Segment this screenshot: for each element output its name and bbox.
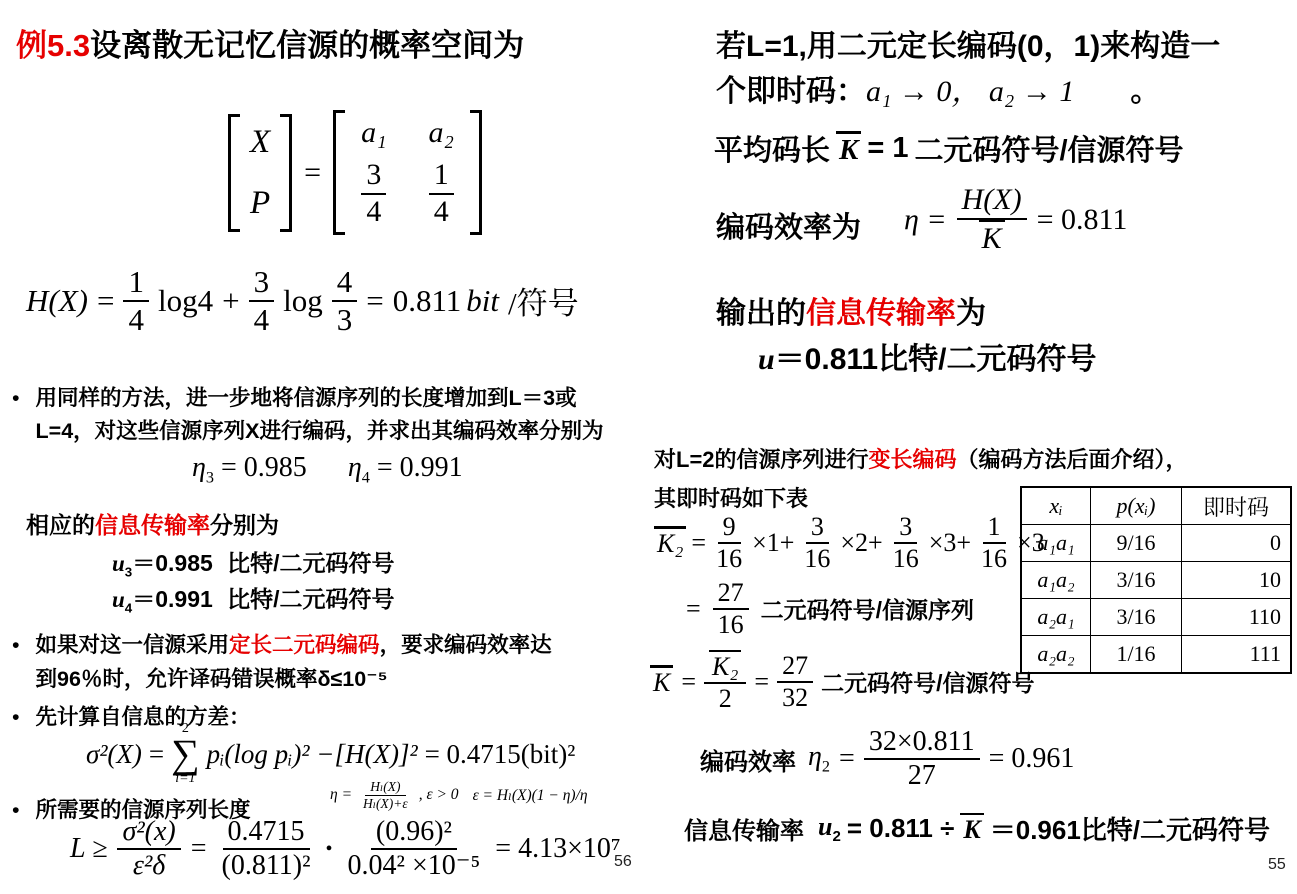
denominator: 16 (711, 544, 747, 574)
sum-lower: i=1 (175, 772, 195, 786)
symbol-a2: a₂ (429, 116, 454, 150)
equals-sign: = (686, 594, 701, 624)
u3-var: u (112, 551, 125, 576)
cell-probability: 1/16 (1091, 636, 1182, 674)
sigma-lhs: σ²(X) (86, 739, 142, 770)
eta2-line: 编码效率 η2 = 32×0.81127 = 0.961 (700, 726, 1074, 792)
bullet-fixed-length: • 如果对这一信源采用定长二元码编码，要求编码效率达 到96％时，允许译码错误概… (12, 628, 642, 697)
symbol-a1: a₁ (361, 116, 386, 150)
sigma-result: = 0.4715(bit)² (425, 739, 576, 770)
times-3: ×3+ (929, 528, 971, 558)
efficiency-formula: η = H(X) K = 0.811 (904, 183, 1127, 256)
numerator: σ²(x) (117, 816, 180, 850)
frac-4-3: 43 (332, 264, 358, 337)
matrix-rhs: a₁ a₂ 34 14 (333, 110, 482, 235)
eta-values-line: η3 = 0.985 η4 = 0.991 (192, 452, 463, 488)
rate-term-red: 信息传输率 (806, 297, 956, 330)
u-var: u (758, 343, 775, 376)
line-2: 其即时码如下表 (654, 486, 808, 511)
denominator: 2 (714, 684, 737, 714)
numerator: K₂ (704, 650, 746, 684)
k-symbol: K (836, 131, 861, 165)
plus-sign: + (222, 283, 239, 319)
denominator: ε²δ (128, 850, 170, 882)
unit-symbol: /符号 (508, 278, 579, 323)
slide-left: 例5.3设离散无记忆信源的概率空间为 X P = a₁ a₂ 34 14 H(X… (0, 0, 648, 894)
eta: η (808, 741, 822, 772)
u-value-line: u＝0.811比特/二元码符号 (758, 334, 1096, 378)
log: log (283, 283, 323, 319)
line-2-label: 个即时码： (716, 75, 866, 108)
equals-sign: = (97, 283, 114, 319)
sigma-body: pᵢ(log pᵢ)² −[H(X)]² (207, 739, 418, 770)
summation: 2 ∑ i=1 (171, 722, 200, 786)
line-2: 到96％时，允许译码错误概率δ≤10⁻⁵ (36, 667, 388, 691)
text-post: （编码方法后面介绍）， (957, 447, 1188, 472)
frac-3-16b: 316 (888, 512, 924, 574)
kbar-formula: K = K₂ 2 = 2732 二元码符号/信源符号 (650, 650, 1034, 714)
denominator: 16 (799, 544, 835, 574)
efficiency-value: = 0.811 (1037, 203, 1128, 237)
unit: 二元码符号/信源符号 (914, 128, 1183, 169)
denominator: 3 (332, 302, 358, 338)
times-3b: ×3 (1017, 528, 1045, 558)
denominator: 4 (429, 195, 454, 230)
bullet-same-method: • 用同样的方法，进一步地将信源序列的长度增加到L＝3或L=4，对这些信源序列X… (12, 382, 640, 449)
numerator: (0.96)² (371, 816, 457, 850)
frac-32x0811-27: 32×0.81127 (864, 726, 980, 792)
u-unit: 比特/二元码符号 (878, 343, 1096, 376)
cell-code: 10 (1182, 562, 1292, 599)
variance-formula: σ²(X) = 2 ∑ i=1 pᵢ(log pᵢ)² −[H(X)]² = 0… (86, 722, 575, 786)
eta3-subscript: 3 (206, 469, 214, 487)
k2-bar: K₂ (654, 526, 686, 559)
numerator: 1 (123, 264, 149, 302)
slide-right: 若L=1,用二元定长编码(0，1)来构造一 个即时码：a₁ → 0， a₂ → … (648, 0, 1297, 894)
k2-symbol: K₂ (654, 526, 686, 557)
table-row: a₂a₁ 3/16 110 (1021, 599, 1291, 636)
k-symbol: K (650, 665, 673, 696)
sequence-length-formula: L ≥ σ²(x)ε²δ = 0.4715(0.811)² • (0.96)²0… (70, 816, 621, 882)
rate2-formula: u2 = 0.811 ÷ K ＝0.961比特/二元码符号 (818, 810, 1270, 847)
numerator: 3 (361, 158, 386, 195)
table-row: a₁a₁ 9/16 0 (1021, 525, 1291, 562)
k2-formula: K₂ = 916 ×1+ 316 ×2+ 316 ×3+ 116 ×3 (654, 512, 1045, 574)
k2-over-2: K₂ 2 (704, 650, 746, 714)
sum-symbol: ∑ (171, 736, 200, 772)
prob-a1: 34 (361, 158, 386, 229)
u4-unit: 比特/二元码符号 (227, 586, 394, 612)
eta-equals: η = (904, 203, 947, 237)
k-bar: K (836, 131, 861, 167)
page-title: 例5.3设离散无记忆信源的概率空间为 (16, 20, 524, 65)
cell-code: 110 (1182, 599, 1292, 636)
var-p: P (250, 185, 270, 222)
equals-sign: = (691, 528, 706, 558)
cell-probability: 9/16 (1091, 525, 1182, 562)
numerator: 27 (713, 578, 749, 610)
rate2-label: 信息传输率 (684, 811, 804, 846)
bracket-left (228, 114, 240, 232)
denominator: 16 (976, 544, 1012, 574)
u2-middle: = 0.811 ÷ (847, 813, 955, 844)
table-header-row: xᵢ p(xᵢ) 即时码 (1021, 487, 1291, 525)
k2-result-line: = 2716 二元码符号/信源序列 (686, 578, 974, 640)
u2-result: ＝0.961比特/二元码符号 (990, 810, 1270, 847)
avg-code-length-line: 平均码长 K = 1 二元码符号/信源符号 (714, 128, 1184, 169)
l-lhs: L ≥ (70, 833, 107, 865)
equals-sign: = (366, 283, 383, 319)
u4-value: ＝0.991 (132, 586, 213, 612)
text-pre: 相应的 (26, 512, 95, 538)
page-number-right: 55 (1268, 856, 1286, 874)
table-row: a₂a₂ 1/16 111 (1021, 636, 1291, 674)
entropy-formula: H(X) = 14 log4 + 34 log 43 = 0.811 bit /… (26, 264, 579, 337)
denominator: K (974, 220, 1010, 257)
bullet-marker: • (12, 628, 20, 697)
frac-9-16: 916 (711, 512, 747, 574)
denominator: 27 (903, 760, 941, 792)
prob-a2: 14 (429, 158, 454, 229)
page-number-left: 56 (614, 853, 632, 871)
hl-fraction: Hₗ(X) Hₗ(X)+ε (358, 779, 413, 811)
bullet-marker: • (12, 701, 20, 733)
denominator: (0.811)² (217, 850, 316, 882)
variable-length-term-red: 变长编码 (869, 447, 957, 472)
u3-line: u3＝0.985 比特/二元码符号 (112, 545, 395, 580)
text-post: 分别为 (210, 512, 279, 538)
label: 平均码长 (714, 128, 830, 169)
eta3-symbol: η (192, 452, 206, 483)
probability-matrix: X P = a₁ a₂ 34 14 (228, 110, 482, 235)
frac-1-16: 116 (976, 512, 1012, 574)
hx-over-kbar: H(X) K (957, 183, 1027, 256)
denominator: 4 (361, 195, 386, 230)
eta4-symbol: η (348, 452, 362, 483)
numerator: 32×0.811 (864, 726, 980, 760)
l-result: = 4.13×10⁷ (495, 833, 620, 865)
eta2-formula: η2 = 32×0.81127 = 0.961 (808, 726, 1074, 792)
frac-27-32: 2732 (777, 651, 813, 713)
k2-symbol: K₂ (709, 650, 741, 680)
numerator: 4 (332, 264, 358, 302)
eta4-value: = 0.991 (377, 452, 463, 483)
subscript-2: 2 (832, 829, 840, 846)
epsilon-inline-formula: η = Hₗ(X) Hₗ(X)+ε , ε > 0 ε = Hₗ(X)(1 − … (330, 779, 588, 811)
frac-04715: 0.4715(0.811)² (217, 816, 316, 882)
equals-sign: = (191, 833, 207, 865)
frac-1-4: 14 (123, 264, 149, 337)
entropy-value: 0.811 (393, 283, 462, 319)
frac-sigma-eps: σ²(x)ε²δ (117, 816, 180, 882)
eta2-label: 编码效率 (700, 742, 796, 777)
instant-code-table: xᵢ p(xᵢ) 即时码 a₁a₁ 9/16 0 a₁a₂ 3/16 10 a₂… (1020, 486, 1292, 674)
numerator: 1 (429, 158, 454, 195)
fixed-length-term-red: 定长二元码编码 (229, 633, 380, 657)
u3-value: ＝0.985 (132, 550, 213, 576)
paragraph-l1: 若L=1,用二元定长编码(0，1)来构造一 个即时码：a₁ → 0， a₂ → … (716, 24, 1291, 114)
bullet-marker: • (12, 794, 20, 826)
title-text: 设离散无记忆信源的概率空间为 (90, 28, 524, 63)
line-2: L=4，对这些信源序列X进行编码，并求出其编码效率分别为 (36, 419, 604, 443)
bracket-right (470, 110, 482, 235)
header-instant-code: 即时码 (1182, 487, 1292, 525)
u2-symbol: u2 (818, 811, 841, 845)
text-post: 为 (956, 297, 986, 330)
equals-sign: = (839, 743, 855, 775)
u3-unit: 比特/二元码符号 (227, 550, 394, 576)
example-number: 例5.3 (16, 28, 90, 63)
matrix-lhs: X P (228, 114, 292, 232)
bullet-marker: • (12, 382, 20, 449)
u-value: ＝0.811 (775, 343, 878, 376)
rate2-line: 信息传输率 u2 = 0.811 ÷ K ＝0.961比特/二元码符号 (684, 810, 1270, 847)
frac-27-16: 2716 (713, 578, 749, 640)
rate-intro-line: 相应的信息传输率分别为 (26, 507, 279, 540)
denominator: 4 (123, 302, 149, 338)
cell-probability: 3/16 (1091, 562, 1182, 599)
numerator: H(X) (957, 183, 1027, 220)
var-x: X (250, 124, 270, 161)
text-post: ，要求编码效率达 (380, 633, 552, 657)
denominator: Hₗ(X)+ε (358, 796, 413, 812)
cell-code: 111 (1182, 636, 1292, 674)
frac-096: (0.96)²0.04² ×10⁻⁵ (343, 816, 486, 882)
numerator: 3 (249, 264, 275, 302)
equals-one: = 1 (867, 132, 908, 165)
times-1: ×1+ (752, 528, 794, 558)
text-pre: 输出的 (716, 297, 806, 330)
eta2-symbol: η2 (808, 741, 830, 777)
unit: 二元码符号/信源序列 (761, 592, 974, 625)
k-symbol: K (960, 813, 983, 843)
code-mapping: a₁ → 0， a₂ → 1 (866, 75, 1074, 108)
output-rate-line: 输出的信息传输率为 (716, 288, 986, 332)
line-1: 用同样的方法，进一步地将信源序列的长度增加到L＝3或 (36, 386, 577, 410)
bullet-text: 如果对这一信源采用定长二元码编码，要求编码效率达 到96％时，允许译码错误概率δ… (36, 628, 552, 697)
dot-operator: • (326, 838, 333, 861)
u4-var: u (112, 587, 125, 612)
matrix-lhs-column: X P (242, 114, 278, 232)
matrix-rhs-grid: a₁ a₂ 34 14 (347, 110, 468, 235)
bracket-right (280, 114, 292, 232)
u4-line: u4＝0.991 比特/二元码符号 (112, 581, 395, 616)
numerator: Hₗ(X) (365, 779, 405, 796)
numerator: 0.4715 (223, 816, 310, 850)
denominator: 0.04² ×10⁻⁵ (343, 850, 486, 882)
numerator: 3 (806, 512, 829, 544)
cell-code: 0 (1182, 525, 1292, 562)
frac-3-4: 34 (249, 264, 275, 337)
unit: 二元码符号/信源符号 (821, 665, 1034, 698)
subscript-2: 2 (822, 758, 830, 776)
unit-bit: bit (466, 283, 499, 319)
log4: log4 (158, 283, 213, 319)
numerator: 27 (777, 651, 813, 683)
equals-sign: = (754, 667, 769, 697)
equals-sign: = (304, 156, 321, 190)
equals-sign: = (149, 739, 164, 770)
times-2: ×2+ (840, 528, 882, 558)
table-row: a₁a₂ 3/16 10 (1021, 562, 1291, 599)
text-pre: 如果对这一信源采用 (36, 633, 230, 657)
cell-probability: 3/16 (1091, 599, 1182, 636)
text-pre: 对L=2的信源序列进行 (654, 447, 869, 472)
frac-3-16: 316 (799, 512, 835, 574)
k-bar: K (960, 813, 983, 845)
numerator: 1 (983, 512, 1006, 544)
numerator: 9 (718, 512, 741, 544)
numerator: 3 (894, 512, 917, 544)
epsilon-definition: ε = Hₗ(X)(1 − η)/η (473, 786, 588, 805)
rate-term-red: 信息传输率 (95, 512, 210, 538)
bracket-left (333, 110, 345, 235)
cell-symbol: a₂a₁ (1021, 599, 1091, 636)
line-1: 若L=1,用二元定长编码(0，1)来构造一 (716, 30, 1220, 63)
epsilon-condition: , ε > 0 (419, 786, 459, 804)
equals-sign: = (681, 667, 696, 697)
k-symbol: K (979, 220, 1005, 255)
period: 。 (1130, 75, 1160, 108)
denominator: 32 (777, 683, 813, 713)
hx: H(X) (26, 283, 88, 319)
table-header: xᵢ p(xᵢ) 即时码 (1021, 487, 1291, 525)
denominator: 16 (888, 544, 924, 574)
header-pxi: p(xᵢ) (1091, 487, 1182, 525)
eta4-subscript: 4 (362, 469, 370, 487)
eta3-value: = 0.985 (221, 452, 307, 483)
eta2-value: = 0.961 (989, 743, 1075, 775)
denominator: 4 (249, 302, 275, 338)
efficiency-label: 编码效率为 (716, 205, 861, 246)
bullet-text: 用同样的方法，进一步地将信源序列的长度增加到L＝3或L=4，对这些信源序列X进行… (36, 382, 604, 449)
eta-equals: η = (330, 786, 352, 804)
u-var: u (818, 812, 832, 841)
k-bar: K (650, 665, 673, 698)
denominator: 16 (713, 610, 749, 640)
